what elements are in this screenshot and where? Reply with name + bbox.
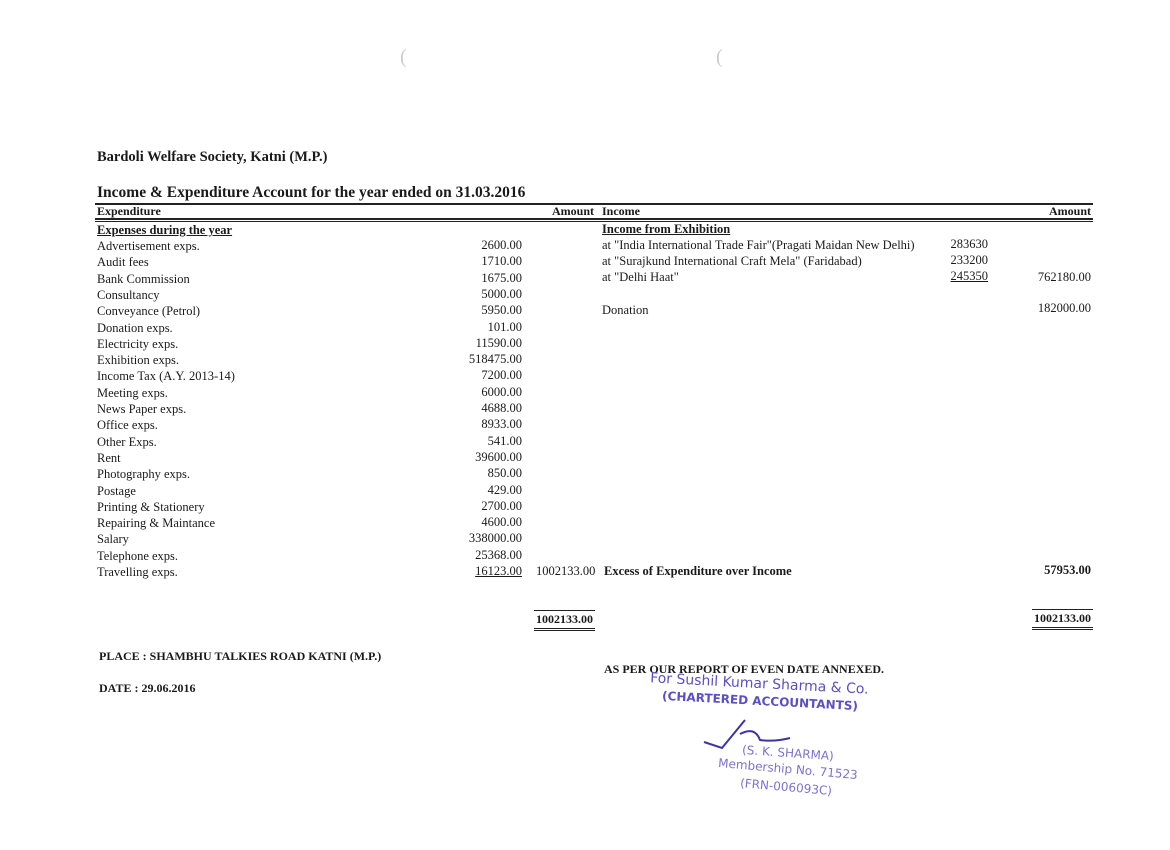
expense-label: Printing & Stationery xyxy=(97,500,205,515)
expense-amount: 5000.00 xyxy=(481,287,522,302)
expense-label: News Paper exps. xyxy=(97,402,186,417)
expense-label: Conveyance (Petrol) xyxy=(97,304,200,319)
exhibition-label: at "Surajkund International Craft Mela" … xyxy=(602,254,862,269)
expense-label: Postage xyxy=(97,484,136,499)
header-rule-bottom-2 xyxy=(95,221,1093,222)
date: DATE : 29.06.2016 xyxy=(99,681,195,696)
expenditure-subtotal: 1002133.00 xyxy=(536,564,595,579)
excess-label: Excess of Expenditure over Income xyxy=(604,564,792,579)
organization-name: Bardoli Welfare Society, Katni (M.P.) xyxy=(97,149,328,166)
expense-label: Audit fees xyxy=(97,255,149,270)
col-amount-right: Amount xyxy=(1049,204,1091,219)
statement-title: Income & Expenditure Account for the yea… xyxy=(97,184,525,202)
expense-amount: 541.00 xyxy=(488,434,522,449)
col-income: Income xyxy=(602,204,640,219)
donation-label: Donation xyxy=(602,303,649,318)
expense-label: Advertisement exps. xyxy=(97,239,200,254)
expense-label: Electricity exps. xyxy=(97,337,178,352)
expense-label: Consultancy xyxy=(97,288,160,303)
exhibition-total: 762180.00 xyxy=(1038,270,1091,285)
expense-amount: 4688.00 xyxy=(481,401,522,416)
exhibition-amount: 283630 xyxy=(951,237,989,252)
exhibition-amount: 245350 xyxy=(951,269,989,284)
expense-amount: 2700.00 xyxy=(481,499,522,514)
expense-label: Telephone exps. xyxy=(97,549,178,564)
exhibition-label: at "Delhi Haat" xyxy=(602,270,679,285)
expense-amount: 11590.00 xyxy=(476,336,522,351)
place: PLACE : SHAMBHU TALKIES ROAD KATNI (M.P.… xyxy=(99,649,381,664)
expense-amount: 518475.00 xyxy=(469,352,522,367)
expense-label: Travelling exps. xyxy=(97,565,178,580)
expense-amount: 850.00 xyxy=(488,466,522,481)
stamp-frn: (FRN-006093C) xyxy=(740,776,833,798)
exhibition-amount: 233200 xyxy=(951,253,989,268)
expense-amount: 8933.00 xyxy=(481,417,522,432)
expense-amount: 25368.00 xyxy=(475,548,522,563)
expense-amount: 5950.00 xyxy=(481,303,522,318)
excess-amount: 57953.00 xyxy=(1044,563,1091,578)
expense-label: Other Exps. xyxy=(97,435,157,450)
expense-label: Meeting exps. xyxy=(97,386,168,401)
expense-label: Donation exps. xyxy=(97,321,173,336)
expense-amount: 1675.00 xyxy=(481,271,522,286)
expense-label: Income Tax (A.Y. 2013-14) xyxy=(97,369,235,384)
header-rule-bottom xyxy=(95,218,1093,220)
expense-amount: 16123.00 xyxy=(475,564,522,579)
expense-label: Salary xyxy=(97,532,129,547)
expense-label: Photography exps. xyxy=(97,467,190,482)
expense-amount: 338000.00 xyxy=(469,531,522,546)
expense-label: Bank Commission xyxy=(97,272,190,287)
scan-artifact: ( xyxy=(400,46,407,69)
expense-label: Repairing & Maintance xyxy=(97,516,215,531)
expense-label: Office exps. xyxy=(97,418,158,433)
expense-label: Exhibition exps. xyxy=(97,353,179,368)
col-amount-left: Amount xyxy=(552,204,594,219)
expense-amount: 7200.00 xyxy=(481,368,522,383)
income-section-title: Income from Exhibition xyxy=(602,222,730,237)
income-grand-total: 1002133.00 xyxy=(1032,609,1093,630)
col-expenditure: Expenditure xyxy=(97,204,161,219)
expense-label: Rent xyxy=(97,451,121,466)
expense-amount: 4600.00 xyxy=(481,515,522,530)
expenditure-grand-total: 1002133.00 xyxy=(534,610,595,631)
expense-amount: 2600.00 xyxy=(481,238,522,253)
expense-amount: 101.00 xyxy=(488,320,522,335)
expense-amount: 39600.00 xyxy=(475,450,522,465)
expenses-section-title: Expenses during the year xyxy=(97,223,232,238)
expense-amount: 429.00 xyxy=(488,483,522,498)
expense-amount: 6000.00 xyxy=(481,385,522,400)
donation-amount: 182000.00 xyxy=(1038,301,1091,316)
expense-amount: 1710.00 xyxy=(481,254,522,269)
scan-artifact: ( xyxy=(716,46,723,69)
exhibition-label: at "India International Trade Fair"(Prag… xyxy=(602,238,915,253)
